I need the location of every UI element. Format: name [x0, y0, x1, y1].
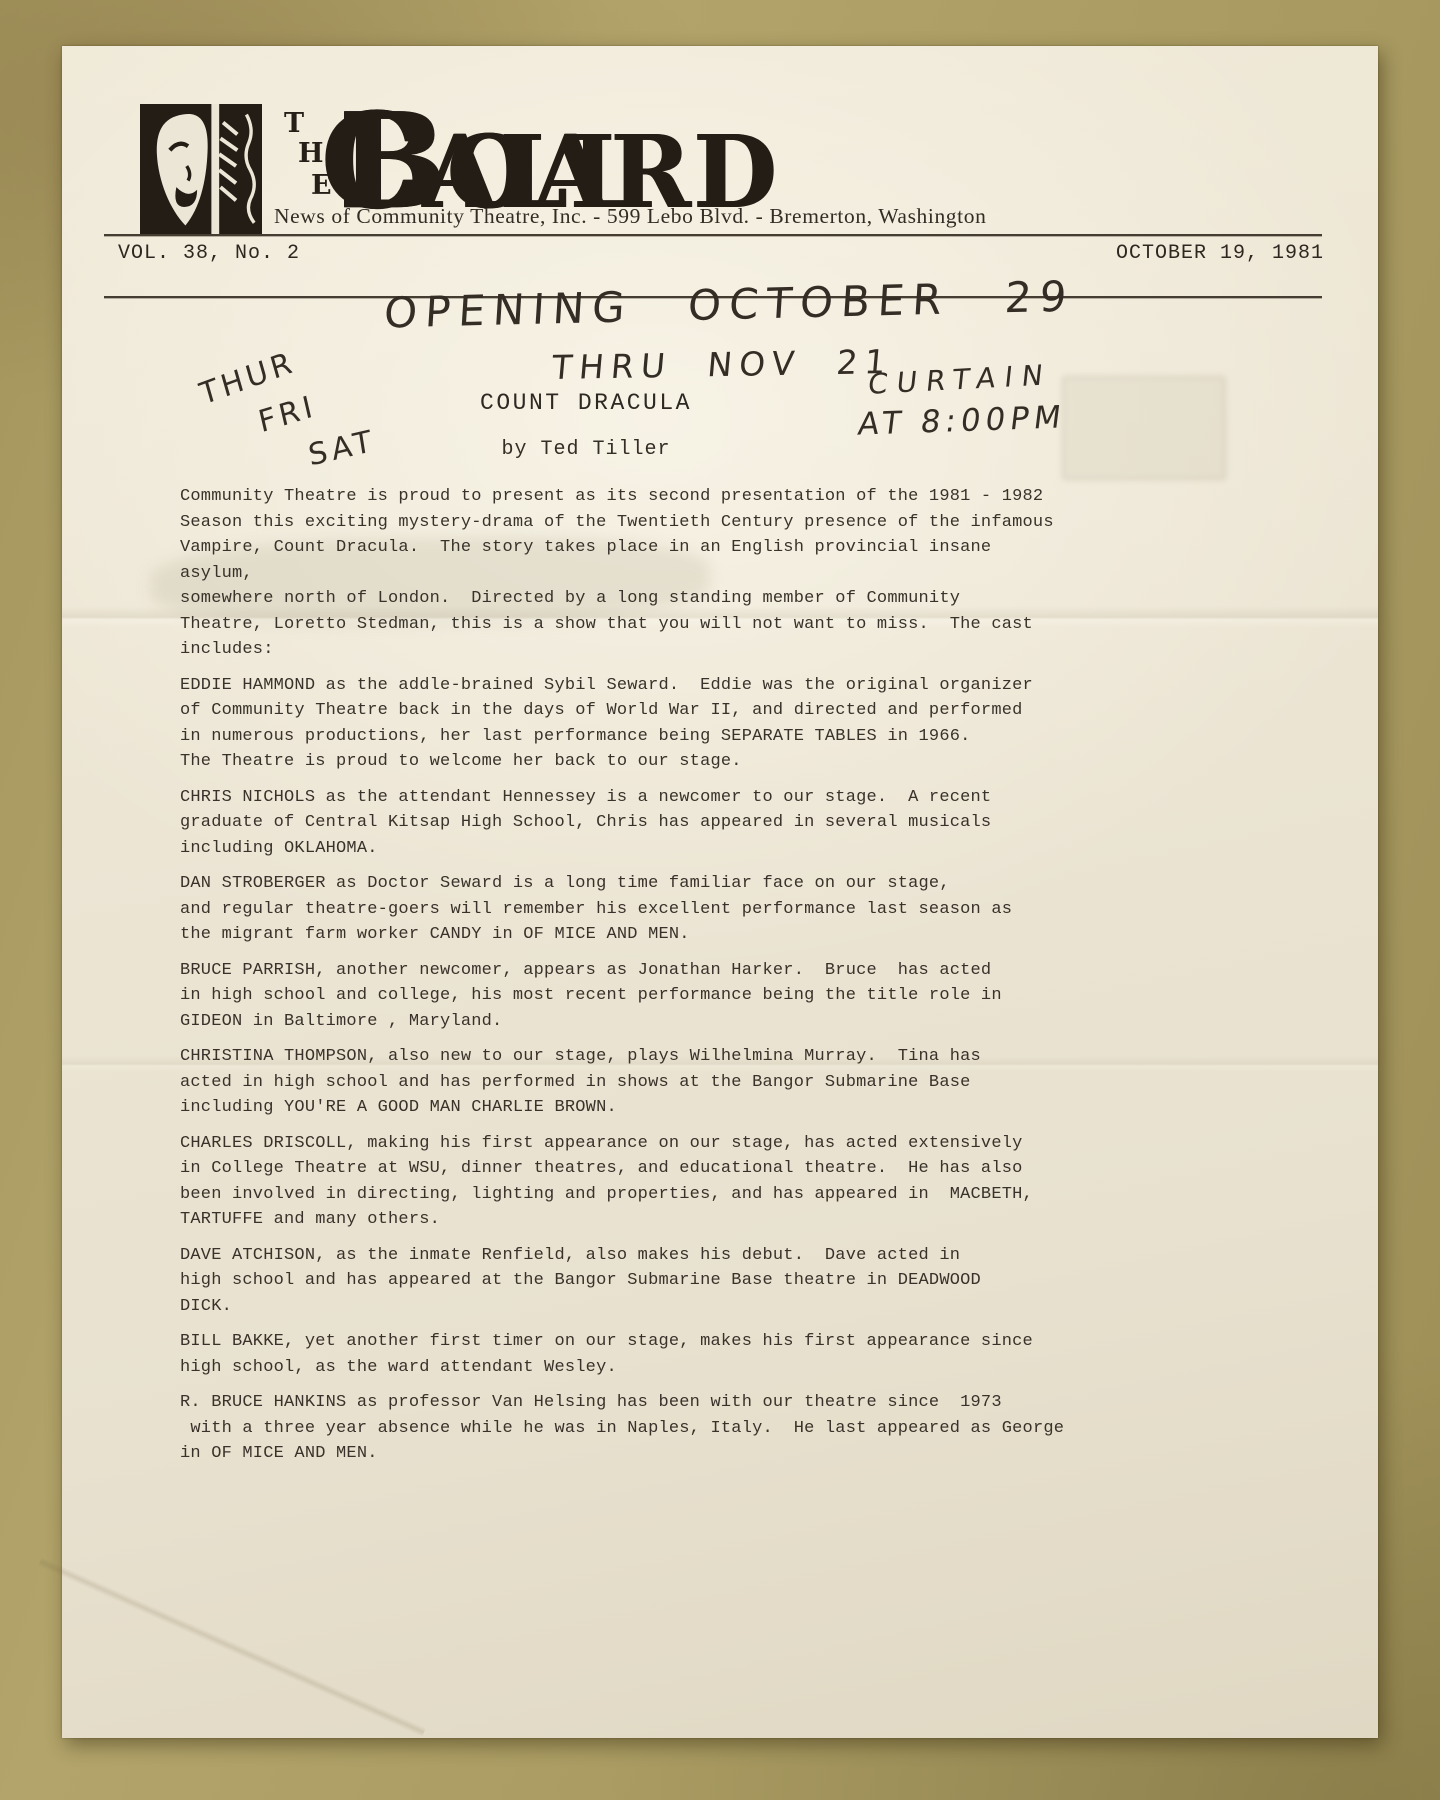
- cast-paragraph-r-bruce-hankins: R. BRUCE HANKINS as professor Van Helsin…: [180, 1390, 1072, 1467]
- article-body: Community Theatre is proud to present as…: [180, 484, 1072, 1477]
- masthead-subtitle: News of Community Theatre, Inc. - 599 Le…: [274, 204, 1094, 229]
- cast-paragraph-bruce-parrish: BRUCE PARRISH, another newcomer, appears…: [180, 958, 1072, 1035]
- cast-paragraph-chris-nichols: CHRIS NICHOLS as the attendant Hennessey…: [180, 785, 1072, 862]
- cast-paragraph-eddie-hammond: EDDIE HAMMOND as the addle-brained Sybil…: [180, 673, 1072, 775]
- handwritten-thru-date: THRU NOV 21: [551, 345, 895, 384]
- intro-paragraph: Community Theatre is proud to present as…: [180, 484, 1072, 663]
- bleed-through-shadow: [1062, 376, 1226, 480]
- divider-rule: [104, 234, 1322, 236]
- newsletter-page: T H E CALL BOARD News of Community Theat…: [62, 46, 1378, 1738]
- cast-paragraph-christina-thompson: CHRISTINA THOMPSON, also new to our stag…: [180, 1044, 1072, 1121]
- comedy-tragedy-masks-icon: [140, 104, 262, 236]
- cast-paragraph-dan-stroberger: DAN STROBERGER as Doctor Seward is a lon…: [180, 871, 1072, 948]
- paper-crease: [38, 1557, 426, 1737]
- volume-number: VOL. 38, No. 2: [118, 242, 300, 265]
- issue-date: OCTOBER 19, 1981: [1116, 242, 1324, 265]
- cast-paragraph-dave-atchison: DAVE ATCHISON, as the inmate Renfield, a…: [180, 1243, 1072, 1320]
- cast-paragraph-bill-bakke: BILL BAKKE, yet another first timer on o…: [180, 1329, 1072, 1380]
- show-title: COUNT DRACULA: [152, 390, 1020, 416]
- cast-paragraph-charles-driscoll: CHARLES DRISCOLL, making his first appea…: [180, 1131, 1072, 1233]
- handwritten-opening-date: OPENING OCTOBER 29: [383, 276, 1076, 335]
- volume-date-row: VOL. 38, No. 2 OCTOBER 19, 1981: [118, 242, 1324, 265]
- show-byline: by Ted Tiller: [152, 438, 1020, 461]
- masthead-the-letter: T: [284, 110, 304, 137]
